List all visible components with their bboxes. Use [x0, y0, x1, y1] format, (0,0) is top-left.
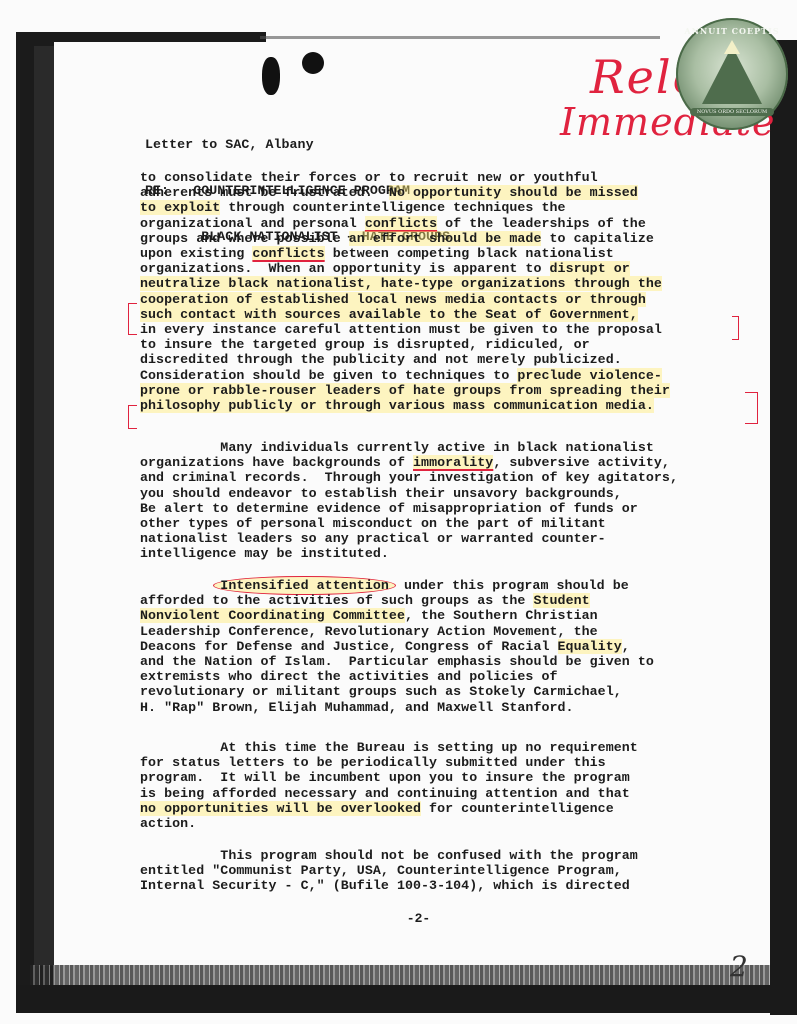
text-line: This program should not be confused with… — [140, 848, 780, 863]
paragraph-3: Intensified attention under this program… — [140, 578, 780, 715]
text-line: entitled "Communist Party, USA, Counteri… — [140, 863, 780, 878]
text-line: other types of personal misconduct on th… — [140, 516, 780, 531]
text-line: to consolidate their forces or to recrui… — [140, 170, 780, 185]
highlighted-phrase: no opportunities will be overlooked — [140, 801, 421, 816]
text-line: and criminal records. Through your inves… — [140, 470, 780, 485]
paragraph-1: to consolidate their forces or to recrui… — [140, 170, 780, 413]
text-line: such contact with sources available to t… — [140, 307, 780, 322]
text-line: nationalist leaders so any practical or … — [140, 531, 780, 546]
text-line: philosophy publicly or through various m… — [140, 398, 780, 413]
text-line: organizations. When an opportunity is ap… — [140, 261, 780, 276]
text-line: in every instance careful attention must… — [140, 322, 780, 337]
addressee: Letter to SAC, Albany — [145, 137, 450, 152]
highlighted-phrase: to exploit — [140, 200, 220, 215]
highlighted-phrase: philosophy publicly or through various m… — [140, 398, 654, 413]
text-line: At this time the Bureau is setting up no… — [140, 740, 780, 755]
text-line: afforded to the activities of such group… — [140, 593, 780, 608]
text-line: cooperation of established local news me… — [140, 292, 780, 307]
highlighted-phrase: an effort should be made — [349, 231, 542, 246]
text-line: no opportunities will be overlooked for … — [140, 801, 780, 816]
scan-border-top — [16, 32, 266, 42]
highlighted-phrase: prone or rabble-rouser leaders of hate g… — [140, 383, 670, 398]
circled-phrase: Intensified attention — [213, 576, 396, 595]
text-line: for status letters to be periodically su… — [140, 755, 780, 770]
text-line: Be alert to determine evidence of misapp… — [140, 501, 780, 516]
red-margin-bracket — [732, 316, 739, 340]
handwritten-page-mark: 2 — [730, 950, 748, 983]
text-line: program. It will be incumbent upon you t… — [140, 770, 780, 785]
text-line: prone or rabble-rouser leaders of hate g… — [140, 383, 780, 398]
highlighted-phrase: cooperation of established local news me… — [140, 292, 646, 307]
highlighted-phrase: neutralize black nationalist, hate-type … — [140, 276, 662, 291]
highlighted-phrase: No opportunity should be missed — [389, 185, 638, 200]
text-line: neutralize black nationalist, hate-type … — [140, 276, 780, 291]
seal-motto-bottom: NOVUS ORDO SECLORUM — [690, 108, 774, 116]
highlighted-phrase: disrupt or — [550, 261, 630, 276]
text-line: revolutionary or militant groups such as… — [140, 684, 780, 699]
highlighted-phrase: Student — [533, 593, 589, 608]
text-line: extremists who direct the activities and… — [140, 669, 780, 684]
page-number: -2- — [0, 911, 797, 926]
pyramid-seal-sticker: ANNUIT COEPTIS NOVUS ORDO SECLORUM — [676, 18, 788, 130]
text-line: Deacons for Defense and Justice, Congres… — [140, 639, 780, 654]
text-line: discredited through the publicity and no… — [140, 352, 780, 367]
red-margin-bracket — [745, 392, 758, 424]
text-line: Consideration should be given to techniq… — [140, 368, 780, 383]
scan-border-bottom — [16, 985, 797, 1013]
scan-border-left-inner — [34, 46, 54, 966]
underlined-phrase: conflicts — [365, 216, 437, 231]
text-line: upon existing conflicts between competin… — [140, 246, 780, 261]
text-line: Many individuals currently active in bla… — [140, 440, 780, 455]
text-line: you should endeavor to establish their u… — [140, 486, 780, 501]
text-line: organizational and personal conflicts of… — [140, 216, 780, 231]
scan-border-top-line — [260, 36, 660, 39]
text-line: action. — [140, 816, 780, 831]
text-line: Intensified attention under this program… — [140, 578, 780, 593]
text-line: to exploit through counterintelligence t… — [140, 200, 780, 215]
text-line: is being afforded necessary and continui… — [140, 786, 780, 801]
seal-motto-top: ANNUIT COEPTIS — [676, 26, 788, 36]
text-line: to insure the targeted group is disrupte… — [140, 337, 780, 352]
highlighted-phrase: Nonviolent Coordinating Committee — [140, 608, 405, 623]
paragraph-2: Many individuals currently active in bla… — [140, 440, 780, 562]
highlighted-phrase: Equality — [558, 639, 622, 654]
red-margin-bracket — [128, 405, 137, 429]
text-line: adherents must be frustrated. No opportu… — [140, 185, 780, 200]
paragraph-5: This program should not be confused with… — [140, 848, 780, 894]
punch-hole-mark — [262, 57, 280, 95]
pyramid-icon — [702, 46, 762, 104]
red-margin-bracket — [128, 303, 137, 335]
highlighted-phrase: preclude violence- — [517, 368, 662, 383]
scan-border-bottom-noise — [30, 965, 770, 987]
punch-hole-mark — [302, 52, 324, 74]
underlined-phrase: immorality — [413, 455, 493, 470]
text-line: Nonviolent Coordinating Committee, the S… — [140, 608, 780, 623]
text-line: Internal Security - C," (Bufile 100-3-10… — [140, 878, 780, 893]
text-line: organizations have backgrounds of immora… — [140, 455, 780, 470]
text-line: groups and where possible an effort shou… — [140, 231, 780, 246]
paragraph-4: At this time the Bureau is setting up no… — [140, 740, 780, 831]
scanned-document-page: Rele Immediate ANNUIT COEPTIS NOVUS ORDO… — [0, 0, 797, 1024]
underlined-phrase: conflicts — [252, 246, 324, 261]
text-line: Leadership Conference, Revolutionary Act… — [140, 624, 780, 639]
text-line: H. "Rap" Brown, Elijah Muhammad, and Max… — [140, 700, 780, 715]
highlighted-phrase: such contact with sources available to t… — [140, 307, 638, 322]
text-line: and the Nation of Islam. Particular emph… — [140, 654, 780, 669]
text-line: intelligence may be instituted. — [140, 546, 780, 561]
